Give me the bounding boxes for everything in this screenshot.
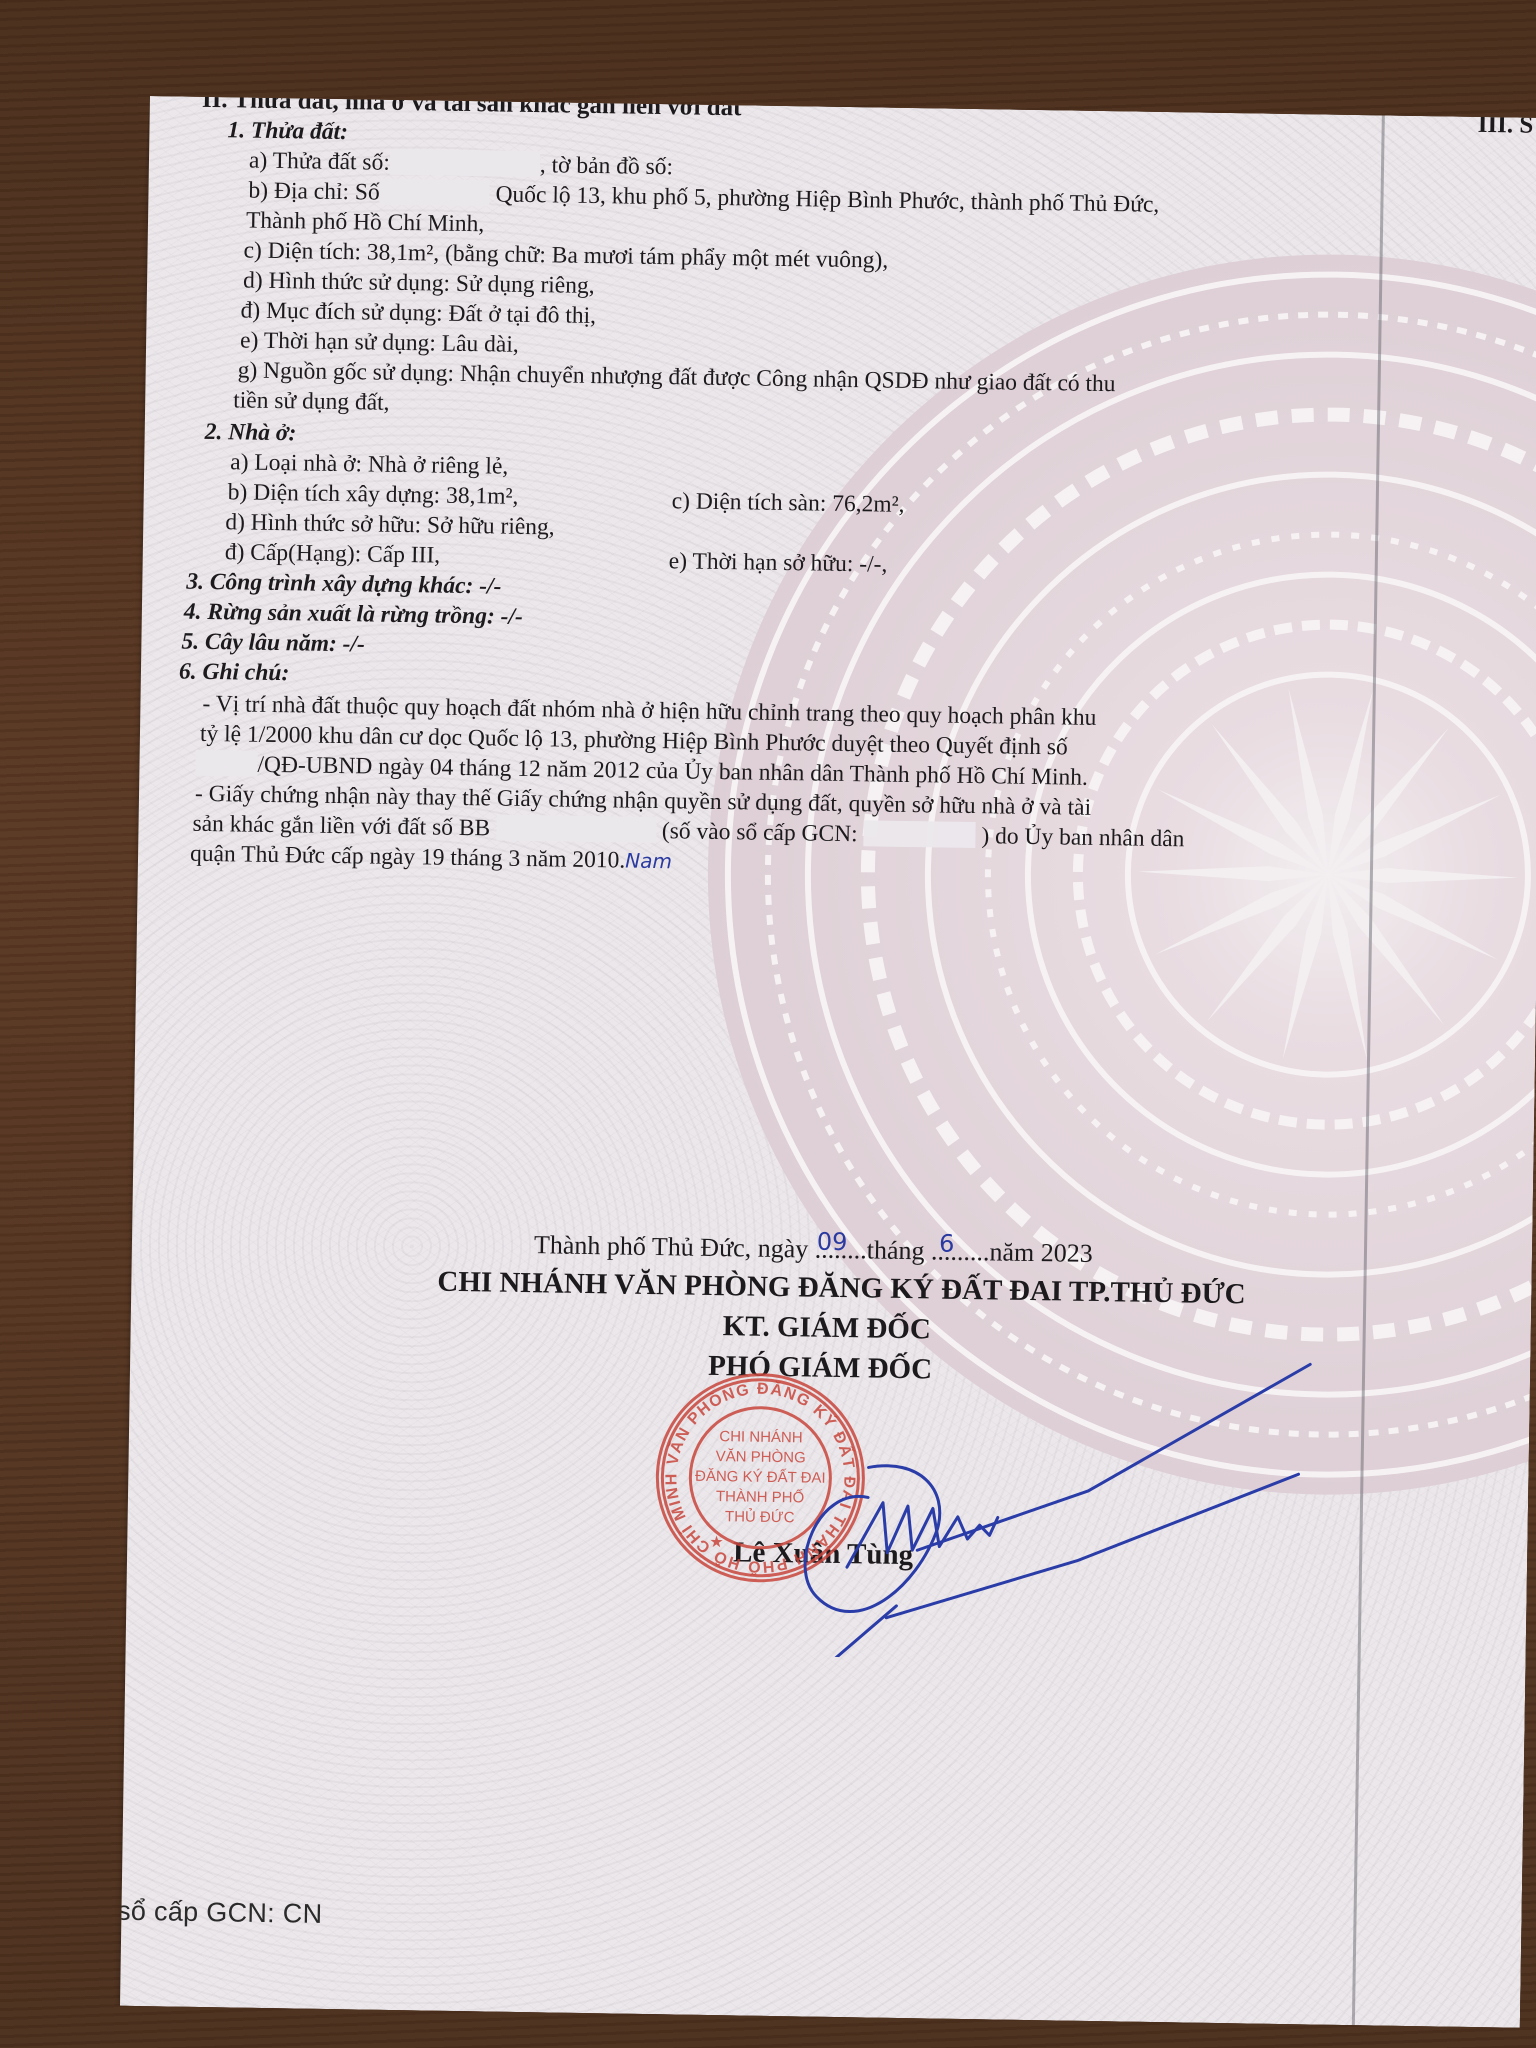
house-grade: đ) Cấp(Hạng): Cấp III, (225, 537, 441, 571)
redacted-field (380, 179, 490, 207)
page-fold (1352, 115, 1385, 2025)
note-line-5-text: sản khác gắn liền với đất số BB (192, 811, 490, 842)
year-label: năm 2023 (989, 1237, 1093, 1268)
parcel-label: a) Thửa đất số: (249, 148, 390, 176)
registry-number: Số vào sổ cấp GCN: CN (120, 1894, 323, 1930)
redacted-field (863, 820, 975, 848)
house-heading: 2. Nhà ở: (204, 417, 296, 449)
perennial-trees: 5. Cây lâu năm: -/- (181, 627, 365, 660)
date-month-field: ..6....... (931, 1236, 990, 1266)
date-day-field: .09....... (815, 1235, 867, 1265)
redacted-field (390, 149, 540, 177)
place-date-prefix: Thành phố Thủ Đức, ngày (534, 1230, 809, 1263)
issuing-office: CHI NHÁNH VĂN PHÒNG ĐĂNG KÝ ĐẤT ĐAI TP.T… (437, 1267, 1246, 1310)
address-value: Quốc lộ 13, khu phố 5, phường Hiệp Bình … (495, 181, 1159, 217)
date-month: 6 (939, 1229, 955, 1260)
month-label: tháng (867, 1235, 925, 1265)
note-line-6: quận Thủ Đức cấp ngày 19 tháng 3 năm 201… (190, 839, 672, 877)
land-heading: 1. Thửa đất: (227, 115, 348, 147)
right-page-title: III. S (1477, 111, 1533, 140)
redacted-field (195, 750, 257, 777)
notes-heading: 6. Ghi chú: (179, 657, 290, 689)
land-use-origin-cont: tiền sử dụng đất, (233, 385, 390, 418)
note-line-6-text: quận Thủ Đức cấp ngày 19 tháng 3 năm 201… (190, 841, 626, 874)
land-address-cont: Thành phố Hồ Chí Minh, (246, 206, 485, 240)
address-label: b) Địa chỉ: Số (248, 178, 380, 206)
handwritten-initials: Nam (625, 849, 672, 874)
note-line-5-issuer: ) do Ủy ban nhân dân (981, 823, 1184, 852)
house-ownership-term: e) Thời hạn sở hữu: -/-, (669, 546, 888, 580)
certificate-page: III. S II. Thửa đất, nhà ở và tài sản kh… (120, 96, 1536, 2028)
place-date: Thành phố Thủ Đức, ngày .09.......tháng … (534, 1230, 1093, 1269)
date-day: 09 (817, 1227, 848, 1258)
map-sheet-label: , tờ bản đồ số: (540, 152, 674, 180)
redacted-field (496, 815, 656, 844)
note-line-5-gcn: (số vào sổ cấp GCN: (662, 818, 858, 847)
house-floor-area: c) Diện tích sàn: 76,2m², (671, 486, 904, 520)
signature-icon (666, 1334, 1371, 1665)
